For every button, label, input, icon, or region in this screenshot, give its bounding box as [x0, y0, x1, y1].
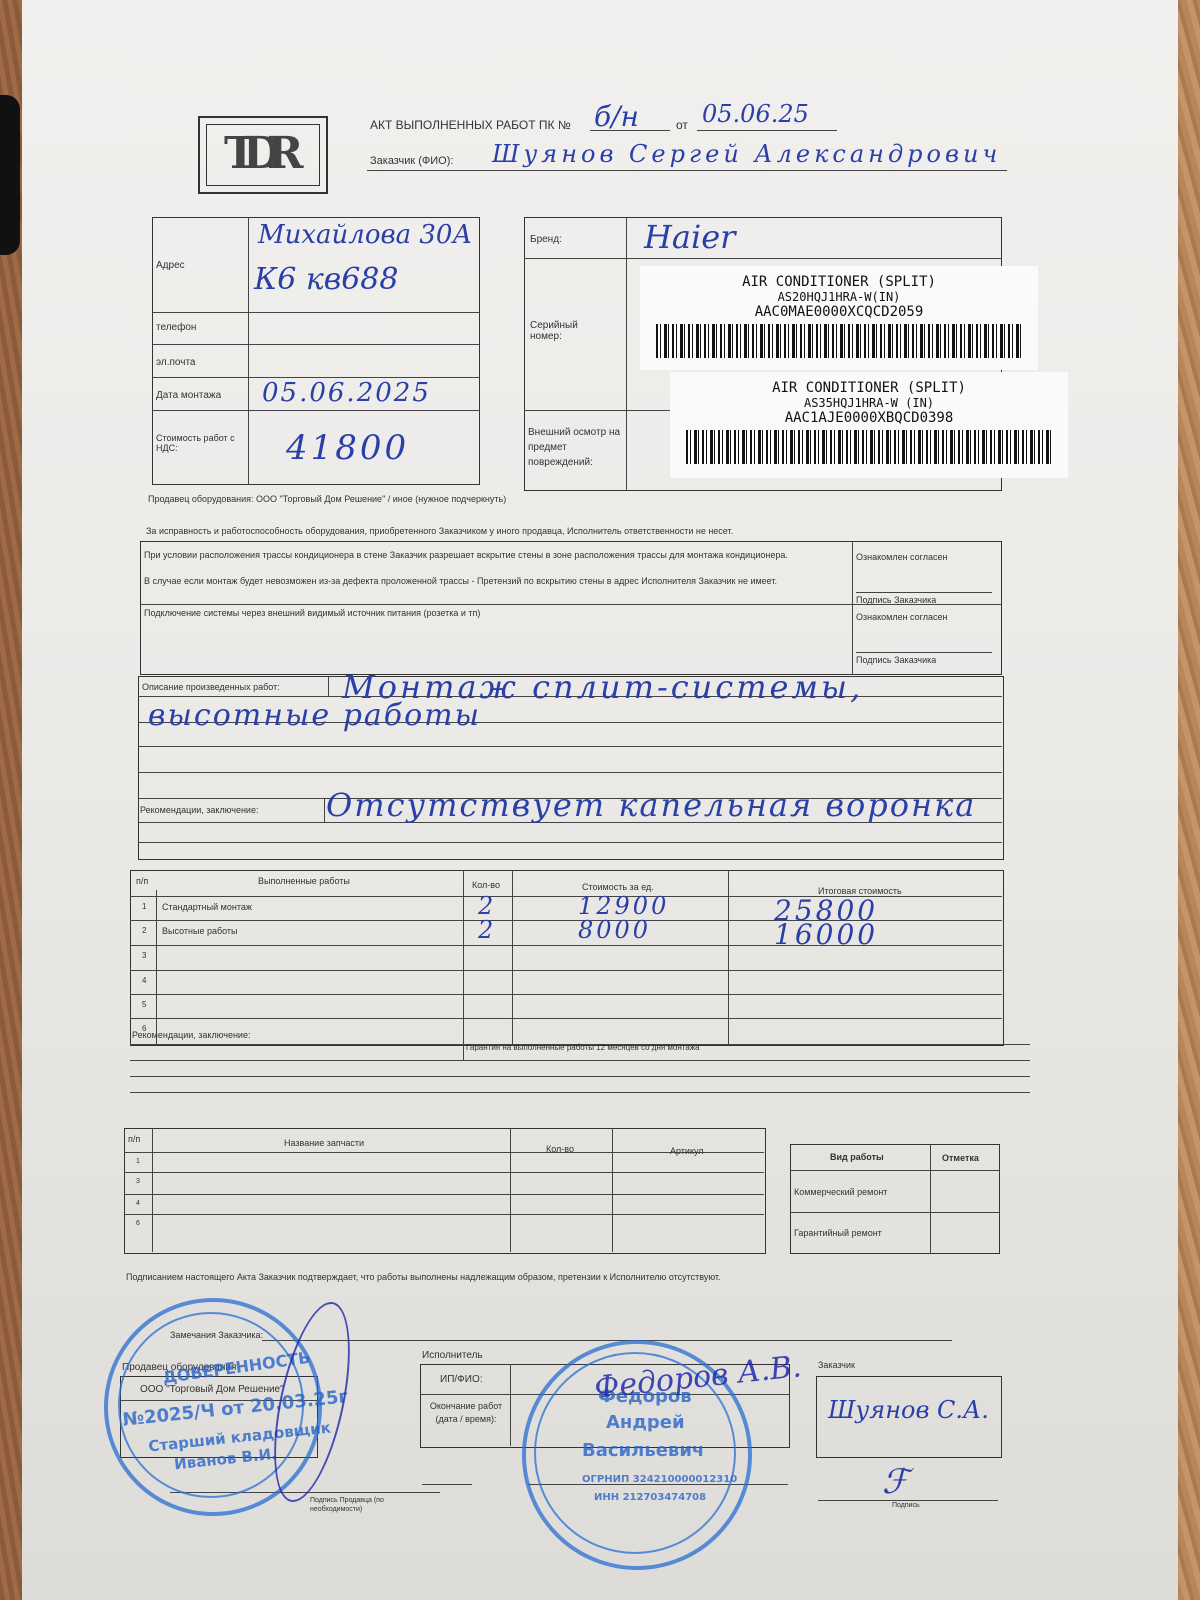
- executor-end-label: Окончание работ (дата / время):: [426, 1400, 506, 1426]
- executor-label: Исполнитель: [422, 1350, 483, 1361]
- executor-stamp-line5: ИНН 212703474708: [594, 1492, 706, 1503]
- description-line2: высотные работы: [148, 698, 481, 733]
- act-date-prefix: от: [676, 118, 688, 132]
- sticker-2-title: AIR CONDITIONER (SPLIT): [670, 380, 1068, 396]
- agreement-1-sign: Подпись Заказчика: [856, 595, 936, 605]
- brand-value: Haier: [644, 218, 735, 256]
- sticker-2-model: AS35HQJ1HRA-W (IN): [670, 396, 1068, 410]
- brand-label: Бренд:: [530, 234, 562, 245]
- act-title: АКТ ВЫПОЛНЕННЫХ РАБОТ ПК №: [370, 118, 571, 132]
- confirmation-text: Подписанием настоящего Акта Заказчик под…: [126, 1272, 721, 1282]
- install-date-label: Дата монтажа: [156, 390, 221, 401]
- works-row-number: 2: [142, 926, 146, 935]
- recommend-value: Отсутствует капельная воронка: [326, 786, 976, 824]
- work-type-warranty: Гарантийный ремонт: [794, 1228, 882, 1238]
- customer-signature: ℱ: [882, 1462, 909, 1502]
- executor-stamp-line4: ОГРНИП 324210000012310: [582, 1474, 737, 1485]
- parts-row-number: 1: [136, 1158, 140, 1165]
- works-col-unit: Стоимость за ед.: [582, 882, 654, 892]
- warranty-note: Гарантия на выполненные работы 12 месяце…: [466, 1043, 700, 1052]
- sticker-1-serial: AAC0MAE0000XCQCD2059: [640, 304, 1038, 320]
- works-row-number: 4: [142, 976, 146, 985]
- works-row-qty: 2: [478, 916, 493, 944]
- parts-row-number: 4: [136, 1200, 140, 1207]
- cost-value: 41800: [286, 428, 409, 468]
- works-recommend-label: Рекомендации, заключение:: [132, 1030, 250, 1040]
- barcode-icon: [656, 324, 1022, 358]
- agreement-1-text1: При условии расположения трассы кондицио…: [144, 549, 844, 561]
- work-type-commercial-mark: [934, 1176, 994, 1206]
- customer-label-footer: Заказчик: [818, 1360, 855, 1370]
- works-row-number: 5: [142, 1000, 146, 1009]
- barcode-icon: [686, 430, 1052, 464]
- works-col-name: Выполненные работы: [258, 876, 350, 886]
- works-row-number: 1: [142, 902, 146, 911]
- seller-note: Продавец оборудования: ООО "Торговый Дом…: [148, 494, 506, 504]
- parts-col-name: Название запчасти: [284, 1138, 364, 1148]
- parts-col-qty: Кол-во: [546, 1144, 574, 1154]
- works-col-n: п/п: [136, 876, 148, 886]
- agreement-2-agree: Ознакомлен согласен: [856, 612, 948, 622]
- logo-glyph: TDR: [224, 128, 289, 179]
- recommend-label: Рекомендации, заключение:: [140, 805, 258, 815]
- seller-sign-caption: Подпись Продавца (по необходимости): [310, 1496, 390, 1514]
- executor-stamp-line3: Васильевич: [582, 1440, 704, 1461]
- install-date-value: 05.06.2025: [262, 378, 431, 408]
- executor-name-label: ИП/ФИО:: [440, 1374, 483, 1385]
- description-label: Описание произведенных работ:: [142, 682, 280, 692]
- works-row-unit-price: 8000: [578, 916, 651, 944]
- customer-sign-caption: Подпись: [892, 1502, 920, 1509]
- serial-label: Серийный номер:: [530, 320, 610, 342]
- cost-label: Стоимость работ с НДС:: [156, 433, 246, 453]
- parts-col-n: п/п: [128, 1134, 140, 1144]
- table-edge-left: [0, 0, 22, 1600]
- works-row-number: 3: [142, 951, 146, 960]
- works-col-qty: Кол-во: [472, 880, 500, 890]
- document-page: TDR АКТ ВЫПОЛНЕННЫХ РАБОТ ПК № б/н от 05…: [22, 0, 1178, 1600]
- parts-row-number: 3: [136, 1178, 140, 1185]
- act-number: б/н: [594, 100, 639, 133]
- inspection-label: Внешний осмотр на предмет повреждений:: [528, 425, 624, 470]
- email-label: эл.почта: [156, 357, 196, 368]
- company-logo: TDR: [198, 116, 328, 194]
- works-row-name: Стандартный монтаж: [162, 902, 252, 912]
- agreement-1-text2: В случае если монтаж будет невозможен из…: [144, 575, 844, 587]
- sticker-1-title: AIR CONDITIONER (SPLIT): [640, 274, 1038, 290]
- agreement-2-sign: Подпись Заказчика: [856, 655, 936, 665]
- phone-label: телефон: [156, 322, 196, 333]
- work-type-commercial: Коммерческий ремонт: [794, 1187, 887, 1197]
- phone-field: [256, 318, 466, 338]
- sticker-2-serial: AAC1AJE0000XBQCD0398: [670, 410, 1068, 426]
- object-edge: [0, 95, 20, 255]
- email-field: [256, 350, 466, 370]
- table-edge-right: [1178, 0, 1200, 1600]
- customer-label: Заказчик (ФИО):: [370, 155, 453, 167]
- liability-note: За исправность и работоспособность обору…: [146, 526, 733, 536]
- works-row-name: Высотные работы: [162, 926, 238, 936]
- agreement-2-text1: Подключение системы через внешний видимы…: [144, 608, 844, 618]
- act-date: 05.06.25: [702, 100, 809, 128]
- customer-signature-name: Шуянов С.А.: [828, 1396, 989, 1424]
- address-line1: Михайлова 30А: [258, 220, 472, 250]
- customer-name: Шуянов Сергей Александрович: [492, 140, 1001, 168]
- parts-col-sku: Артикул: [670, 1146, 704, 1156]
- address-label: Адрес: [156, 260, 185, 271]
- serial-sticker-2: AIR CONDITIONER (SPLIT) AS35HQJ1HRA-W (I…: [670, 372, 1068, 478]
- sticker-1-model: AS20HQJ1HRA-W(IN): [640, 290, 1038, 304]
- agreement-1-agree: Ознакомлен согласен: [856, 552, 948, 562]
- work-type-col-mark: Отметка: [942, 1153, 979, 1163]
- serial-sticker-1: AIR CONDITIONER (SPLIT) AS20HQJ1HRA-W(IN…: [640, 266, 1038, 370]
- works-row-total: 16000: [774, 918, 878, 951]
- work-type-col-type: Вид работы: [830, 1152, 884, 1162]
- parts-row-number: 6: [136, 1220, 140, 1227]
- executor-stamp-line2: Андрей: [606, 1412, 685, 1433]
- work-type-warranty-mark: [934, 1218, 994, 1248]
- address-line2: К6 кв688: [254, 262, 398, 297]
